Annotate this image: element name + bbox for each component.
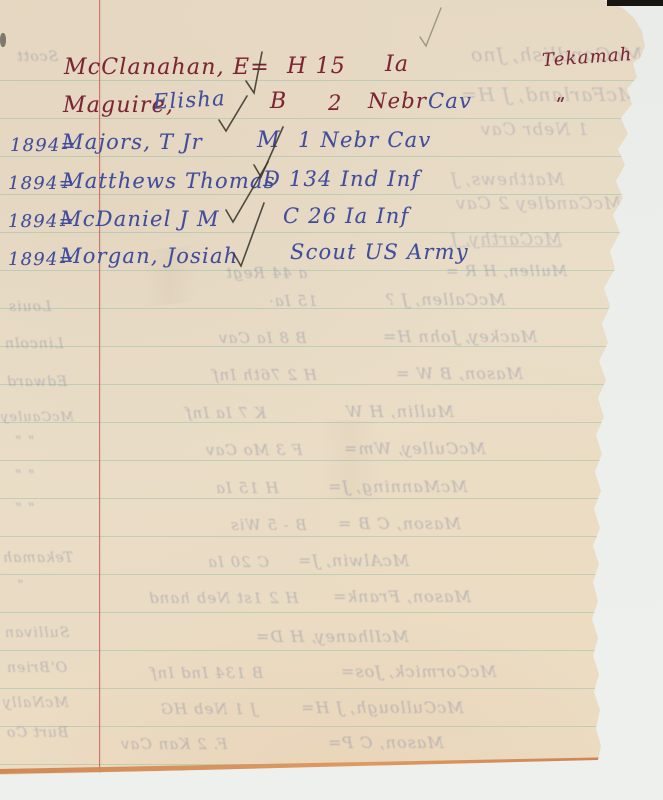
bleed-row-unit: K 7 Ia Inf	[185, 406, 266, 421]
entry-6-name: Morgan, Josiah	[60, 246, 238, 267]
bleed-town: Burt Co	[6, 726, 68, 740]
entry-3-name: Majors, T Jr	[62, 132, 203, 153]
bleed-row-name: Mason, B W =	[395, 366, 523, 382]
entry-2-town-ditto: ʺ	[556, 96, 566, 116]
bleed-row-name: McCormick, Jos=	[340, 664, 497, 680]
bleed-row-name: McIlhaney, H D=	[255, 629, 409, 645]
bleed-town: McCauley	[0, 411, 74, 424]
entry-3-company: M	[257, 130, 281, 152]
bleed-row-unit: B - 5 Wis	[230, 518, 307, 533]
bleed-row-name: Mullen, H R =	[445, 264, 567, 279]
bleed-upper-row: McCandley 2 Cav	[455, 196, 621, 213]
bleed-town: Tekamah	[2, 551, 73, 565]
entry-5-name: McDaniel J M	[60, 209, 220, 230]
bleed-town: ʺ ʺ	[14, 503, 34, 517]
entry-2-branch: Cav	[428, 91, 472, 112]
bleed-row-unit: H 2 1st Neb hand	[148, 591, 298, 606]
entry-1-name: McClanahan, E=	[64, 57, 270, 79]
bleed-row-name: Mason, Frank=	[332, 589, 471, 605]
entry-4-service: D 134 Ind Inf	[263, 169, 420, 190]
entry-4-name: Matthews Thomas	[62, 171, 276, 192]
bleed-row-unit: H 2 76th Inf	[212, 368, 317, 383]
bleed-town: ʺ ʺ	[14, 436, 34, 450]
bleed-row-unit: C 20 Ia	[207, 555, 269, 570]
bleed-row-name: McAlwin, J=	[297, 553, 409, 569]
bleed-town: McNally	[2, 696, 69, 710]
entry-3-service: 1 Nebr Cav	[298, 130, 431, 151]
bleed-row-unit: H 15 Ia	[215, 481, 279, 496]
bleed-town: ʺ ʺ	[14, 470, 34, 484]
bleed-town: Lincoln	[4, 337, 64, 351]
scanner-edge-strip	[607, 0, 663, 6]
bleed-row-unit: F. 2 Kan Cav	[120, 737, 227, 752]
entry-2-state: Nebr	[368, 91, 427, 112]
entry-6-service: Scout US Army	[290, 242, 469, 263]
edge-smudge	[0, 33, 6, 47]
entry-2-given: Elisha	[153, 88, 227, 113]
bleed-row-unit: J 1 Neb HG	[160, 702, 257, 717]
entry-1-state: Ia	[385, 54, 409, 76]
bleed-town: ʺ	[16, 580, 23, 594]
bleed-row-unit: F 3 Mo Cav	[205, 443, 303, 458]
bleed-upper-row: 1 Nebr Cav	[480, 122, 588, 139]
bleed-town: Edward	[6, 375, 67, 389]
entry-1-company: H 15	[287, 56, 346, 78]
entry-2-company: B	[270, 91, 287, 113]
bleed-upper-row: Matthews, J	[450, 172, 564, 189]
bleed-row-unit: a 44 Regt	[225, 266, 307, 281]
entry-5-service: C 26 Ia Inf	[283, 206, 409, 227]
bleed-row-unit: B 134 Ind Inf	[150, 666, 263, 681]
bleed-row-unit: B 8 Ia Cav	[218, 331, 307, 346]
bleed-row-unit: 15 Ia·	[268, 294, 318, 309]
bleed-town: Louis	[8, 300, 51, 314]
bleed-row-name: McManning, J=	[327, 479, 468, 495]
bleed-row-name: Mullin, H W	[345, 404, 454, 420]
bleed-row-name: McCallen, J ?	[385, 292, 505, 308]
bleed-row-name: McCulley, Wm=	[343, 441, 486, 457]
paper-sheet: Scott McCandlish, Jno McFarland, J H= 1 …	[0, 0, 663, 800]
bleed-row-name: McCullough, J H=	[300, 700, 464, 716]
bleed-row-name: Mason, C P=	[327, 735, 444, 751]
page-bottom-edge	[0, 757, 610, 773]
bleed-row-name: Mackey, John H=	[382, 329, 537, 345]
entry-2-regiment: 2	[328, 93, 343, 114]
bleed-town: Scott	[16, 50, 58, 64]
bleed-town: Sullivan	[4, 626, 69, 640]
entry-1-town: Tekamah	[541, 46, 633, 70]
bleed-row-name: Mason, C B =	[337, 516, 461, 532]
scanned-page: Scott McCandlish, Jno McFarland, J H= 1 …	[0, 0, 663, 800]
bleed-town: O'Brien	[6, 661, 67, 675]
bleed-upper-row: McFarland, J H=	[460, 86, 637, 105]
